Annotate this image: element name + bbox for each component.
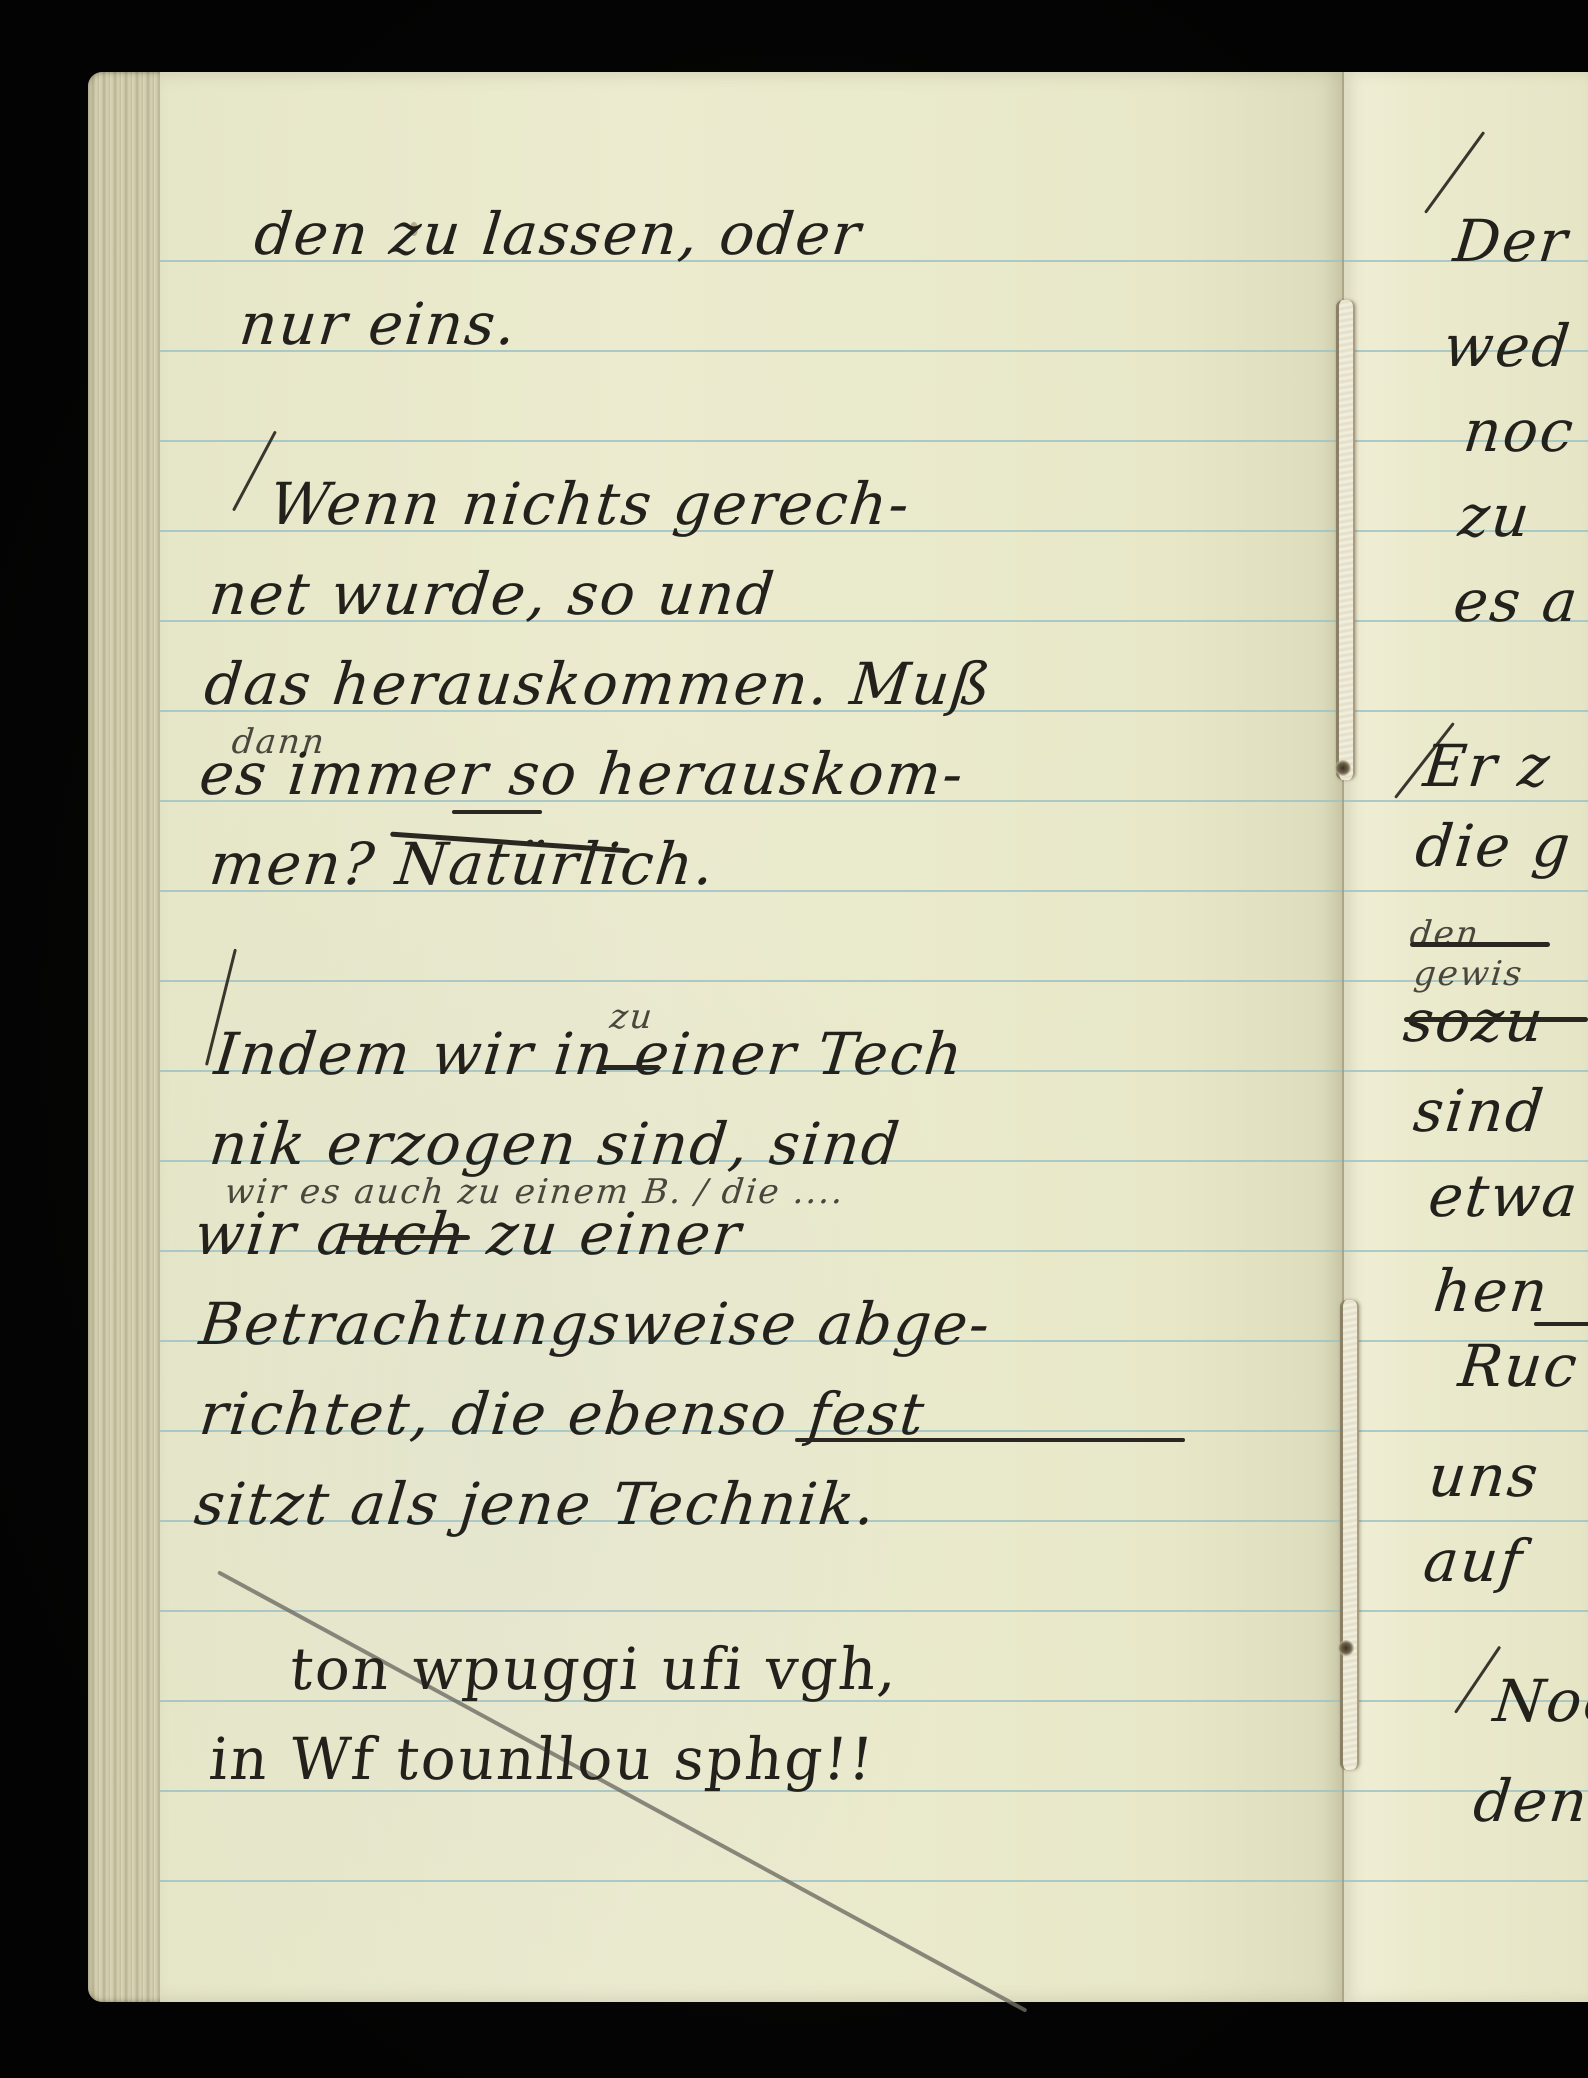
strike-sozu [1404, 1017, 1588, 1022]
right-line-3: noc [1461, 402, 1578, 460]
overline-mark [1534, 1322, 1588, 1326]
manuscript-line-10: wir auch zu einer [192, 1205, 745, 1263]
right-line-7: die g [1413, 817, 1575, 875]
right-line-6: Er z [1421, 737, 1554, 795]
right-line-5: es a [1451, 572, 1582, 630]
manuscript-line-13: sitzt als jene Technik. [192, 1475, 880, 1533]
right-line-17: Noc [1491, 1672, 1588, 1730]
manuscript-line-2: nur eins. [237, 295, 520, 353]
manuscript-line-8: Indem wir in einer Tech [212, 1025, 967, 1083]
manuscript-line-6: es immer so herauskom- [197, 745, 968, 803]
manuscript-line-12: richtet, die ebenso fest [197, 1385, 929, 1443]
manuscript-line-7: men? Natürlich. [207, 835, 718, 893]
manuscript-line-3: Wenn nichts gerech- [267, 475, 914, 533]
right-line-16: auf [1421, 1532, 1527, 1590]
ruled-line [160, 440, 1344, 442]
strike-in [600, 1065, 660, 1070]
right-line-11: sind [1411, 1082, 1548, 1140]
right-line-13: hen [1431, 1262, 1552, 1320]
manuscript-line-11: Betrachtungsweise abge- [197, 1295, 994, 1353]
paragraph-slash-mark [1424, 131, 1485, 214]
right-line-12: etwa [1426, 1167, 1582, 1225]
strike-den [1410, 942, 1550, 947]
right-line-2: wed [1441, 317, 1574, 375]
right-line-4: zu [1456, 487, 1534, 545]
underline-so [452, 810, 542, 814]
right-line-9: gewis [1412, 957, 1525, 991]
manuscript-line-5: das herauskommen. Muß [202, 655, 995, 713]
page-stack-edge [88, 72, 168, 2002]
underline-ebenso-fest [795, 1438, 1185, 1442]
right-line-1: Der [1451, 212, 1572, 270]
manuscript-cipher-line-1: ton wpuggi ufi vgh, [287, 1640, 902, 1698]
right-line-15: uns [1426, 1447, 1543, 1505]
manuscript-line-4: net wurde, so und [207, 565, 779, 623]
right-line-18: den [1471, 1772, 1588, 1830]
manuscript-line-9: nik erzogen sind, sind [207, 1115, 904, 1173]
right-page-text-clip: Der wed noc zu es a Er z die g den gewis… [1344, 72, 1588, 2002]
ruled-line [160, 980, 1344, 982]
ruled-line [160, 1610, 1344, 1612]
manuscript-cipher-line-2: in Wf tounllou sphg!! [207, 1730, 878, 1788]
ruled-line [160, 1880, 1344, 1882]
strike-auch [340, 1235, 470, 1240]
manuscript-line-1: den zu lassen, oder [252, 205, 865, 263]
right-line-14: Ruc [1456, 1337, 1582, 1395]
